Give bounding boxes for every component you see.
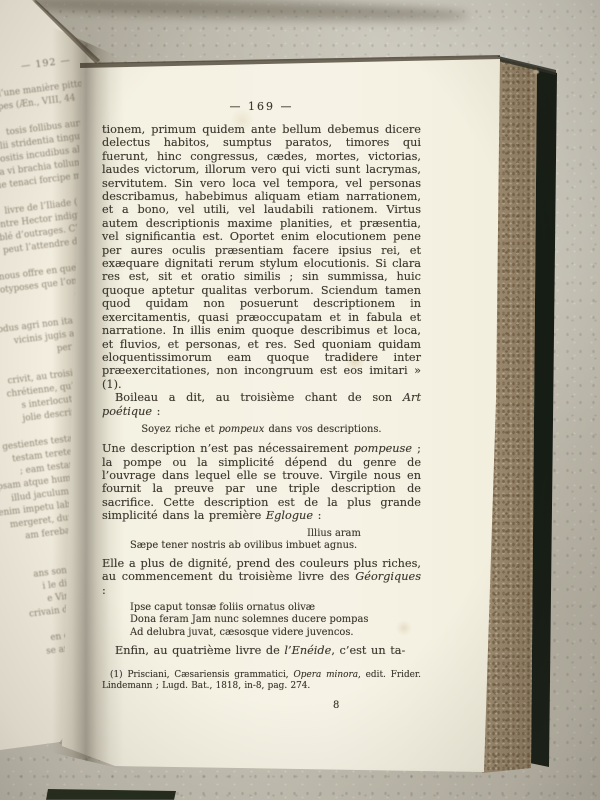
page-number-header: — 169 — bbox=[102, 100, 421, 113]
text-run: Une description n’est pas nécessairement bbox=[102, 442, 354, 455]
text-run: Boileau a dit, au troisième chant de son bbox=[115, 391, 403, 404]
text-run: Eglogue bbox=[266, 509, 313, 522]
eclogue-verse: Illius aramSæpe tener nostris ab ovilibu… bbox=[130, 528, 421, 552]
text-line: Dona feram Jam nunc solemnes ducere pomp… bbox=[130, 614, 421, 626]
text-run: : bbox=[152, 405, 160, 418]
book-photograph: — 192 — ésente d’une manière pittoCyclop… bbox=[0, 0, 600, 800]
footnote: (1) Prisciani, Cæsariensis grammatici, O… bbox=[102, 670, 421, 692]
text-run: , c’est un ta- bbox=[331, 644, 405, 657]
text-run: Géorgiques bbox=[355, 570, 421, 583]
paragraph-aeneid-intro: Enfin, au quatrième livre de l’Enéide, c… bbox=[102, 644, 421, 657]
text-run: Opera minora bbox=[294, 670, 358, 680]
worn-corner-chip bbox=[533, 70, 539, 74]
paragraph-description: Une description n’est pas nécessairement… bbox=[102, 442, 421, 522]
text-run: l’Enéide bbox=[284, 644, 331, 657]
paragraph-boileau: Boileau a dit, au troisième chant de son… bbox=[102, 391, 421, 418]
text-line: Ipse caput tonsæ foliis ornatus olivæ bbox=[130, 602, 421, 614]
text-run: : bbox=[102, 584, 106, 597]
text-run: Enfin, au quatrième livre de bbox=[115, 644, 284, 657]
text-line: Ad delubra juvat, cæsosque videre juvenc… bbox=[130, 627, 421, 639]
text-line: Sæpe tener nostris ab ovilibus imbuet ag… bbox=[130, 540, 421, 552]
text-run: : bbox=[313, 509, 321, 522]
text-run: pompeux bbox=[219, 424, 265, 435]
signature-mark: 8 bbox=[333, 700, 421, 711]
text-run: dans vos descriptions. bbox=[264, 424, 381, 435]
text-run: pompeuse bbox=[354, 442, 412, 455]
boileau-verse-quote: Soyez riche et pompeux dans vos descript… bbox=[102, 424, 421, 436]
text-run: (1) Prisciani, Cæsariensis grammatici, bbox=[110, 670, 294, 680]
paragraph-latin-quote: tionem, primum quidem ante bellum debemu… bbox=[102, 123, 421, 391]
text-line: Illius aram bbox=[130, 528, 421, 540]
text-run: tionem, primum quidem ante bellum debemu… bbox=[102, 123, 421, 391]
paragraph-georgics-intro: Elle a plus de dignité, prend des couleu… bbox=[102, 557, 421, 597]
text-run: Soyez riche et bbox=[141, 424, 218, 435]
georgics-verse: Ipse caput tonsæ foliis ornatus olivæDon… bbox=[130, 602, 421, 639]
page-169-text: — 169 — tionem, primum quidem ante bellu… bbox=[102, 100, 421, 711]
